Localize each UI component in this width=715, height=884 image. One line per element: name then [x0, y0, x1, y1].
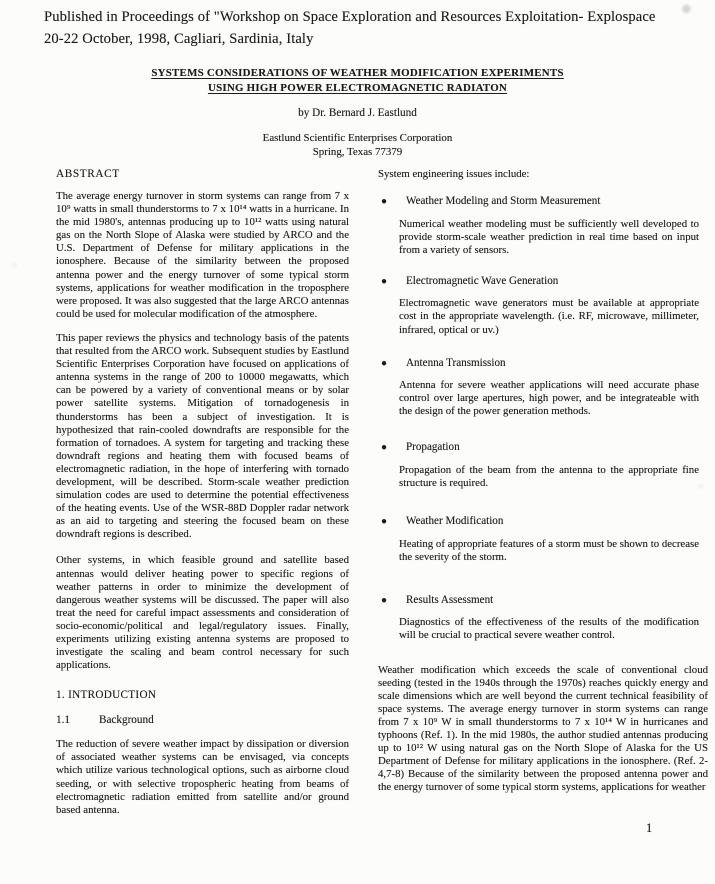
- issue-item-results-assessment: ● Results Assessment Diagnostics of the …: [378, 594, 708, 643]
- issue-body: Heating of appropriate features of a sto…: [399, 538, 699, 564]
- two-column-body: ABSTRACT The average energy turnover in …: [56, 168, 708, 817]
- abstract-paragraph-3: Other systems, in which feasible ground …: [56, 554, 349, 672]
- issue-item-antenna-transmission: ● Antenna Transmission Antenna for sever…: [378, 357, 708, 419]
- bullet-icon: ●: [378, 275, 406, 289]
- section-heading-introduction: 1. INTRODUCTION: [56, 689, 349, 701]
- issue-label: Electromagnetic Wave Generation: [406, 275, 558, 289]
- left-column: ABSTRACT The average energy turnover in …: [56, 168, 349, 817]
- bullet-icon: ●: [378, 441, 406, 455]
- subsection-heading-background: 1.1 Background: [56, 714, 349, 726]
- issue-label: Weather Modeling and Storm Measurement: [406, 195, 600, 209]
- issue-body: Propagation of the beam from the antenna…: [399, 464, 699, 490]
- issue-item-propagation: ● Propagation Propagation of the beam fr…: [378, 441, 708, 490]
- introduction-paragraph-1: The reduction of severe weather impact b…: [56, 738, 349, 817]
- issue-label: Results Assessment: [406, 594, 493, 608]
- issue-body: Diagnostics of the effectiveness of the …: [399, 616, 699, 642]
- bullet-icon: ●: [378, 357, 406, 371]
- issue-body: Electromagnetic wave generators must be …: [399, 297, 699, 336]
- paper-title-line2: USING HIGH POWER ELECTROMAGNETIC RADIATO…: [0, 81, 715, 96]
- abstract-paragraph-1: The average energy turnover in storm sys…: [56, 190, 349, 321]
- issue-item-weather-modeling: ● Weather Modeling and Storm Measurement…: [378, 195, 708, 257]
- issue-label: Antenna Transmission: [406, 357, 506, 371]
- subsection-title: Background: [99, 714, 154, 726]
- issue-body: Antenna for severe weather applications …: [399, 379, 699, 418]
- subsection-number: 1.1: [56, 714, 99, 726]
- issue-label: Propagation: [406, 441, 460, 455]
- right-column: System engineering issues include: ● Wea…: [378, 168, 708, 817]
- issue-item-weather-modification: ● Weather Modification Heating of approp…: [378, 515, 708, 564]
- affiliation-organization: Eastlund Scientific Enterprises Corporat…: [0, 131, 715, 145]
- issues-intro-line: System engineering issues include:: [378, 168, 708, 181]
- bullet-icon: ●: [378, 515, 406, 529]
- scanned-paper-page: Published in Proceedings of "Workshop on…: [0, 0, 715, 884]
- author-affiliation: Eastlund Scientific Enterprises Corporat…: [0, 131, 715, 159]
- author-byline: by Dr. Bernard J. Eastlund: [0, 107, 715, 119]
- bullet-icon: ●: [378, 594, 406, 608]
- issue-item-wave-generation: ● Electromagnetic Wave Generation Electr…: [378, 275, 708, 337]
- abstract-paragraph-2: This paper reviews the physics and techn…: [56, 332, 349, 542]
- publication-note-line2: 20-22 October, 1998, Cagliari, Sardinia,…: [44, 29, 699, 51]
- weather-modification-paragraph: Weather modification which exceeds the s…: [378, 664, 708, 795]
- publication-note: Published in Proceedings of "Workshop on…: [44, 7, 699, 50]
- paper-title-line1: SYSTEMS CONSIDERATIONS OF WEATHER MODIFI…: [0, 66, 715, 81]
- issue-body: Numerical weather modeling must be suffi…: [399, 218, 699, 257]
- bullet-icon: ●: [378, 195, 406, 209]
- page-number: 1: [646, 821, 652, 836]
- affiliation-location: Spring, Texas 77379: [0, 145, 715, 159]
- issue-label: Weather Modification: [406, 515, 503, 529]
- abstract-heading: ABSTRACT: [56, 168, 349, 180]
- paper-title: SYSTEMS CONSIDERATIONS OF WEATHER MODIFI…: [0, 66, 715, 95]
- publication-note-line1: Published in Proceedings of "Workshop on…: [44, 7, 699, 29]
